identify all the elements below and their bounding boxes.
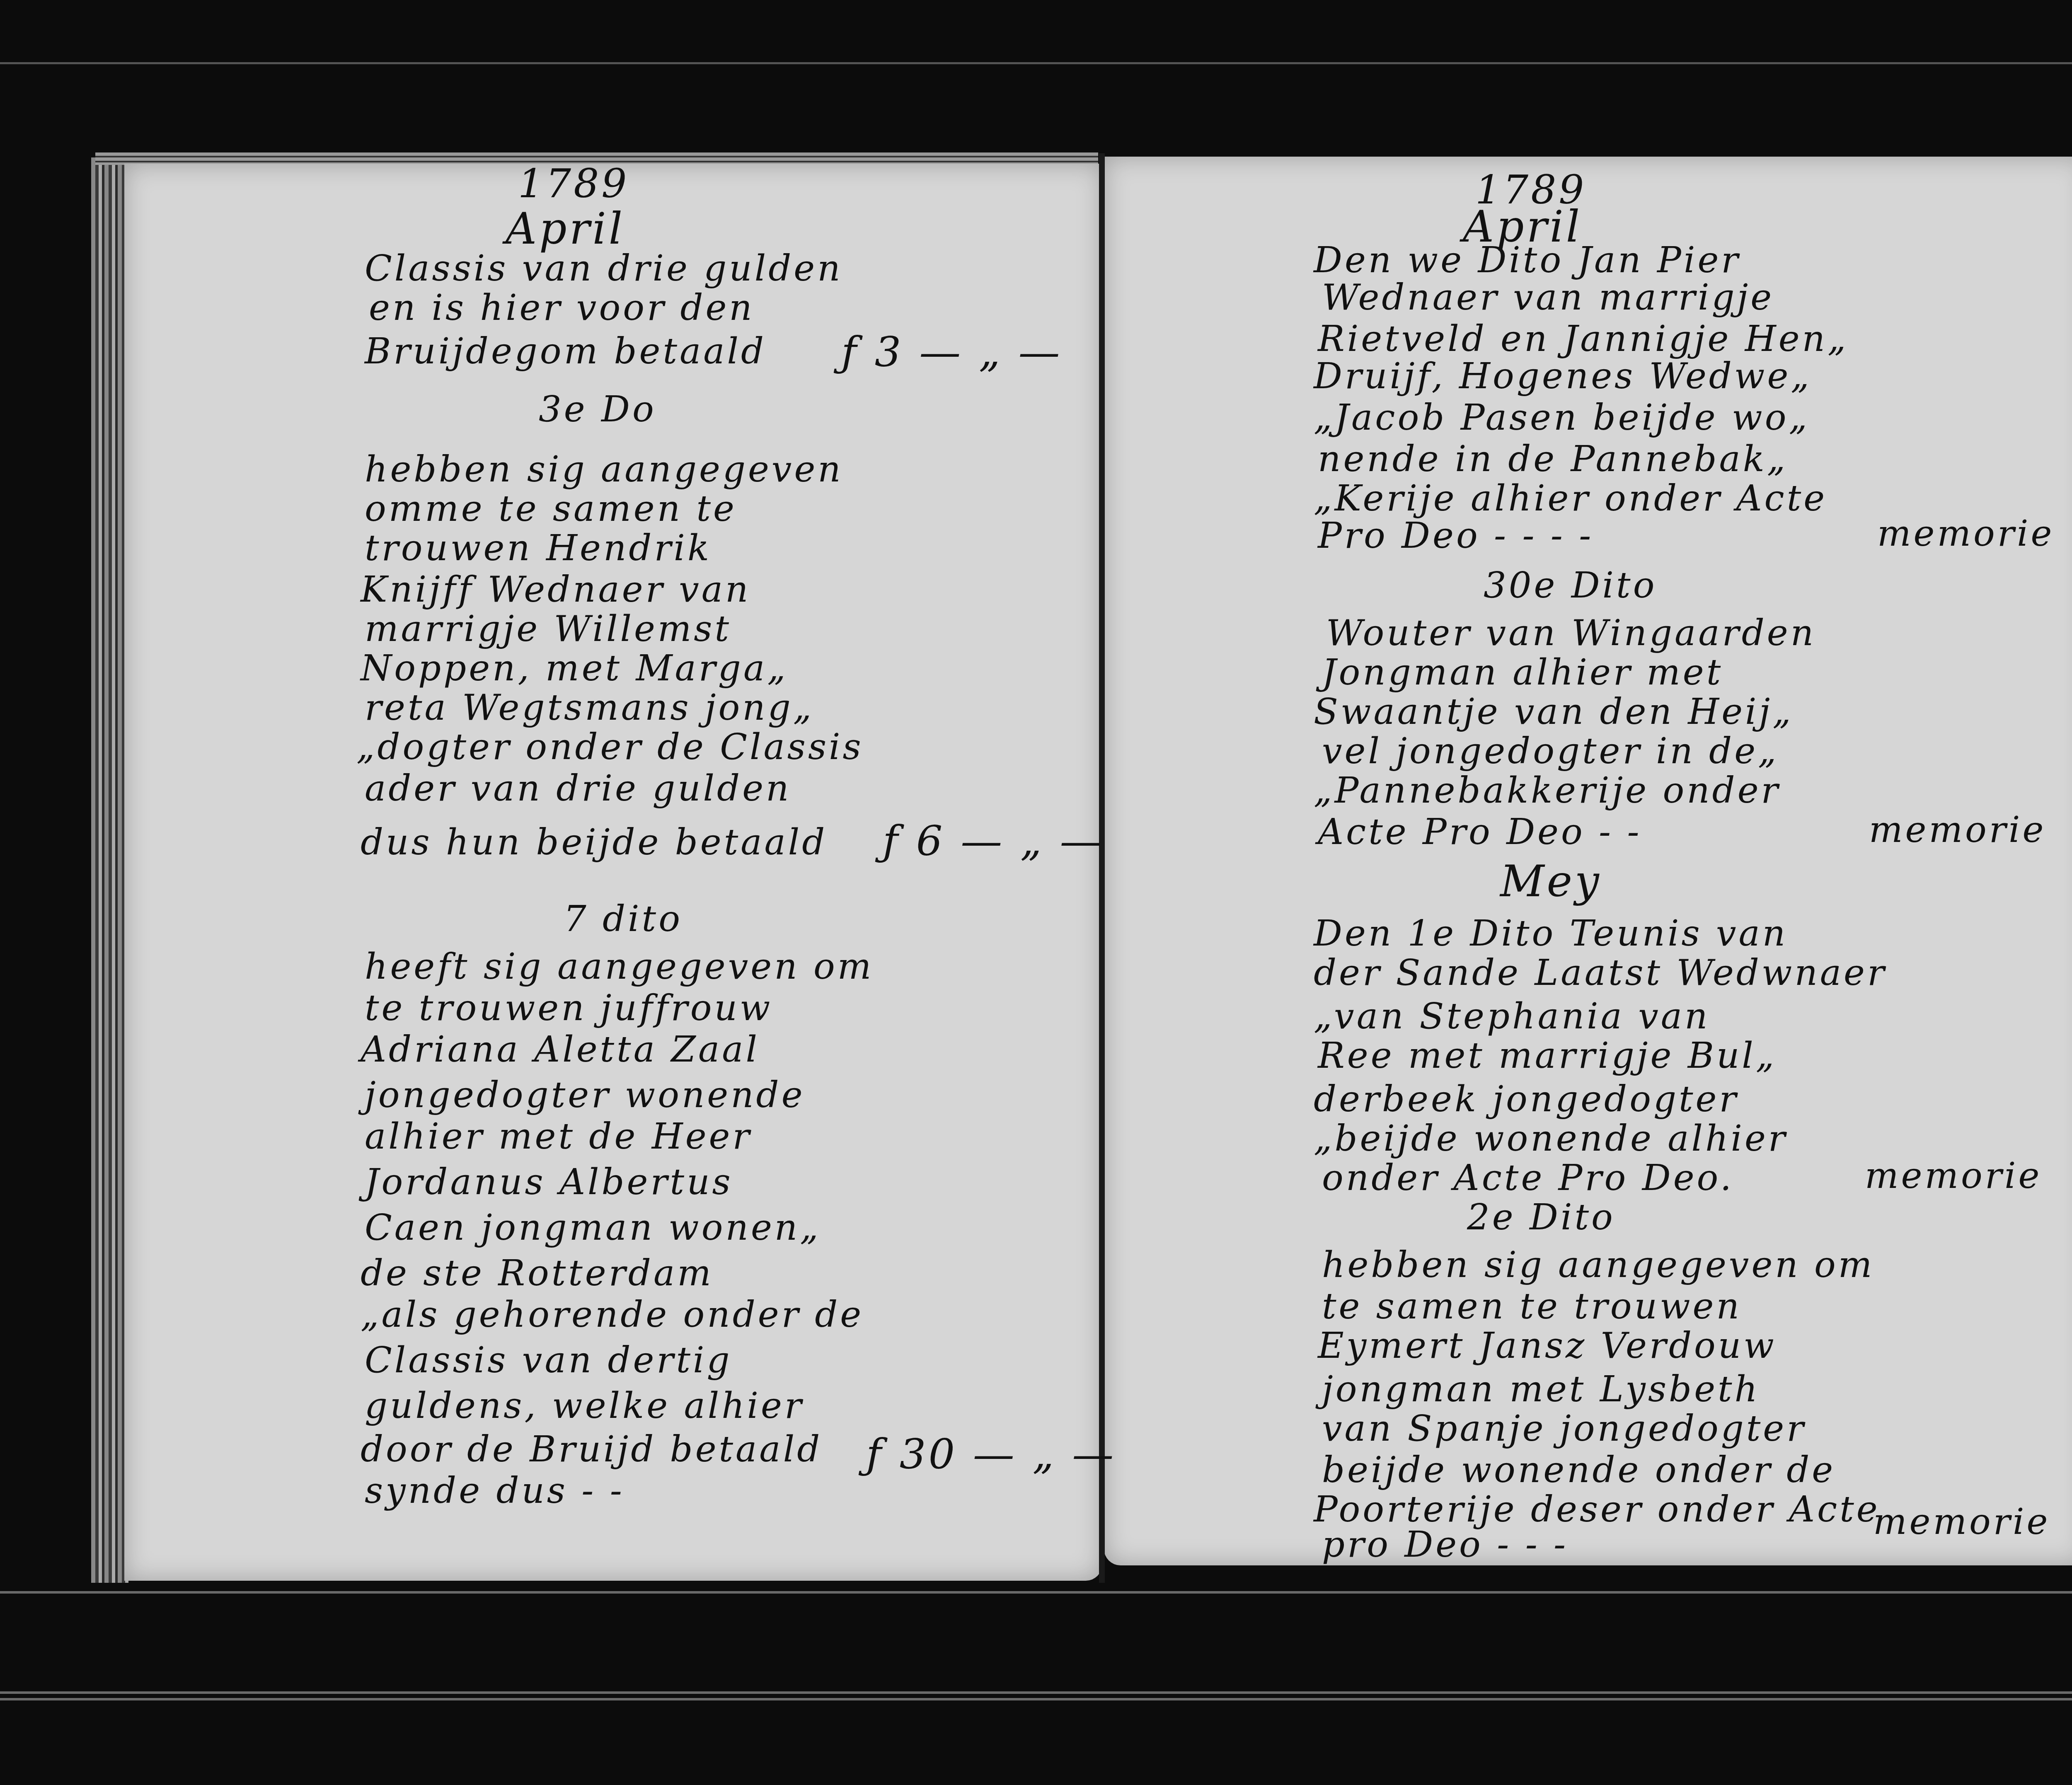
- left-line: alhier met de Heer: [365, 1119, 752, 1154]
- scan-frame-bottom-line-1: [0, 1591, 2072, 1594]
- book-gutter: [1099, 153, 1105, 1583]
- left-line: door de Bruijd betaald: [361, 1432, 822, 1467]
- left-month-heading: April: [506, 207, 625, 250]
- left-line: „dogter onder de Classis: [356, 729, 864, 765]
- right-line: Swaantje van den Heij„: [1314, 694, 1794, 730]
- right-line: Den 1e Dito Teunis van: [1314, 916, 1788, 951]
- left-line: jongedogter wonende: [365, 1077, 805, 1113]
- right-line: Poorterije deser onder Acte: [1314, 1492, 1880, 1527]
- right-line: beijde wonende onder de: [1322, 1452, 1835, 1488]
- left-line: dus hun beijde betaald: [361, 825, 827, 860]
- scan-frame-bottom-line-3: [0, 1698, 2072, 1700]
- right-line: Rietveld en Jannigje Hen„: [1318, 321, 1849, 357]
- left-line: te trouwen juffrouw: [365, 990, 772, 1026]
- left-line: Adriana Aletta Zaal: [361, 1032, 760, 1067]
- right-date-4: 2e Dito: [1467, 1200, 1615, 1235]
- right-line: „beijde wonende alhier: [1314, 1121, 1788, 1156]
- right-line: Wednaer van marrigje: [1322, 280, 1774, 315]
- left-amount-2: ƒ 6 — „ —: [883, 820, 1104, 862]
- right-line: vel jongedogter in de„: [1322, 733, 1779, 769]
- left-line: de ste Rotterdam: [361, 1255, 714, 1291]
- right-memo-4: memorie: [1873, 1504, 2050, 1540]
- left-amount-1: ƒ 3 — „ —: [841, 331, 1063, 373]
- right-line: „Jacob Pasen beijde wo„: [1314, 400, 1810, 435]
- left-line: Jordanus Albertus: [365, 1164, 733, 1200]
- scan-frame-top-line: [0, 62, 2072, 64]
- left-line: Knijff Wednaer van: [361, 572, 750, 607]
- left-line: marrigje Willemst: [365, 611, 731, 647]
- left-line: guldens, welke alhier: [365, 1388, 804, 1424]
- right-line: hebben sig aangegeven om: [1322, 1247, 1874, 1283]
- right-memo-2: memorie: [1869, 812, 2046, 848]
- right-line: Druijf, Hogenes Wedwe„: [1314, 358, 1812, 394]
- left-line: Caen jongman wonen„: [365, 1210, 821, 1246]
- left-line: ader van drie gulden: [365, 771, 791, 806]
- right-date-2: 30e Dito: [1484, 568, 1657, 603]
- left-date-3: 7 dito: [564, 901, 683, 937]
- right-line: „Pannebakkerije onder: [1314, 773, 1781, 808]
- right-line: Ree met marrigje Bul„: [1318, 1038, 1777, 1074]
- right-line: Wouter van Wingaarden: [1326, 615, 1816, 651]
- left-line: omme te samen te: [365, 491, 737, 527]
- left-line: „als gehorende onder de: [361, 1297, 864, 1333]
- left-date-2: 3e Do: [539, 392, 656, 427]
- right-line: jongman met Lysbeth: [1322, 1371, 1760, 1407]
- left-line: Bruijdegom betaald: [365, 334, 766, 369]
- left-line: synde dus - -: [365, 1473, 625, 1509]
- right-line: Acte Pro Deo - -: [1318, 814, 1642, 850]
- left-line: Noppen, met Marga„: [361, 651, 788, 686]
- left-line: Classis van dertig: [365, 1342, 732, 1378]
- left-line: reta Wegtsmans jong„: [365, 690, 814, 726]
- left-line: hebben sig aangegeven: [365, 452, 843, 487]
- right-line: Jongman alhier met: [1322, 655, 1723, 690]
- right-line: van Spanje jongedogter: [1322, 1411, 1806, 1446]
- right-month-2-heading: Mey: [1500, 860, 1602, 903]
- right-line: Pro Deo - - - -: [1318, 518, 1593, 554]
- left-page-edges: [91, 157, 128, 1583]
- right-line: „Kerije alhier onder Acte: [1314, 481, 1827, 516]
- scan-frame-bottom-line-2: [0, 1691, 2072, 1694]
- right-line: Eymert Jansz Verdouw: [1318, 1328, 1777, 1364]
- right-memo-1: memorie: [1877, 516, 2054, 551]
- left-line: trouwen Hendrik: [365, 530, 712, 566]
- right-line: derbeek jongedogter: [1314, 1081, 1739, 1117]
- right-memo-3: memorie: [1865, 1158, 2042, 1194]
- right-line: te samen te trouwen: [1322, 1289, 1742, 1324]
- left-amount-3: ƒ 30 — „ —: [866, 1434, 1116, 1475]
- right-line: Den we Dito Jan Pier: [1314, 242, 1740, 278]
- right-line: „van Stephania van: [1314, 999, 1710, 1034]
- left-year: 1789: [518, 164, 629, 203]
- right-line: onder Acte Pro Deo.: [1322, 1160, 1734, 1196]
- right-line: nende in de Pannebak„: [1318, 441, 1788, 477]
- left-line: en is hier voor den: [369, 290, 755, 326]
- left-line: Classis van drie gulden: [365, 251, 843, 286]
- right-line: der Sande Laatst Wedwnaer: [1314, 955, 1887, 991]
- left-line: heeft sig aangegeven om: [365, 949, 874, 984]
- right-line: pro Deo - - -: [1322, 1527, 1568, 1562]
